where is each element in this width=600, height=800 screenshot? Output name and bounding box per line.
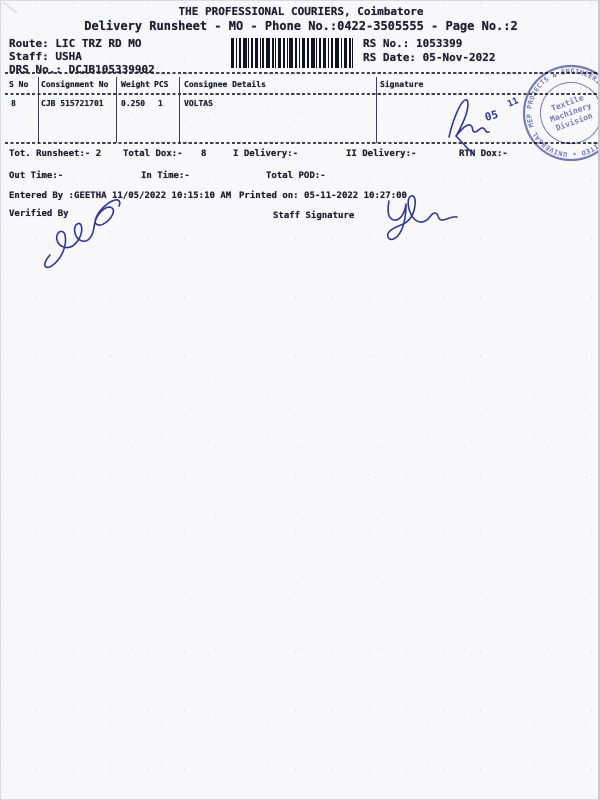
verified-by-signature-handwriting [36, 197, 146, 272]
total-pod-text: Total POD:- [266, 172, 326, 181]
total-dox-value: 8 [201, 150, 206, 159]
in-time-text: In Time:- [141, 172, 190, 181]
signature-note-day: 05 [483, 108, 499, 124]
table-column-line [179, 77, 180, 143]
runsheet-barcode [231, 38, 353, 68]
col-header-consignment: Consignment No [41, 81, 108, 89]
route-text: Route: LIC TRZ RD MO [9, 38, 141, 49]
table-column-line [376, 77, 377, 143]
rs-date-text: RS Date: 05-Nov-2022 [363, 52, 495, 63]
table-column-line [116, 77, 117, 143]
col-header-consignee: Consignee Details [184, 81, 266, 89]
page-subtitle: Delivery Runsheet - MO - Phone No.:0422-… [1, 20, 600, 32]
tot-runsheet-text: Tot. Runsheet:- 2 [9, 150, 101, 159]
col-header-sno: S No [9, 81, 28, 89]
table-column-line [38, 77, 39, 143]
cell-weight: 0.250 [121, 100, 145, 108]
total-dox-label: Total Dox:- [123, 150, 183, 159]
ii-delivery-text: II Delivery:- [346, 150, 416, 159]
company-stamp: MEP PROJECTS & ENGINEERING-SERVICES LIMI… [492, 34, 600, 193]
out-time-text: Out Time:- [9, 172, 63, 181]
rs-no-text: RS No.: 1053399 [363, 38, 462, 49]
cell-consignee: VOLTAS [184, 100, 213, 108]
page-title: THE PROFESSIONAL COURIERS, Coimbatore [1, 6, 600, 17]
col-header-pcs: PCS [154, 81, 168, 89]
staff-signature-handwriting [379, 189, 474, 251]
staff-signature-label: Staff Signature [273, 212, 354, 221]
cell-consignment-no: CJB 515721701 [41, 100, 104, 108]
cell-pcs: 1 [158, 100, 163, 108]
cell-sno: 8 [11, 100, 16, 108]
col-header-weight: Weight [121, 81, 150, 89]
staff-text: Staff: USHA [9, 51, 82, 62]
i-delivery-text: I Delivery:- [233, 150, 298, 159]
col-header-signature: Signature [380, 81, 423, 89]
scanned-delivery-runsheet: THE PROFESSIONAL COURIERS, Coimbatore De… [0, 0, 600, 800]
